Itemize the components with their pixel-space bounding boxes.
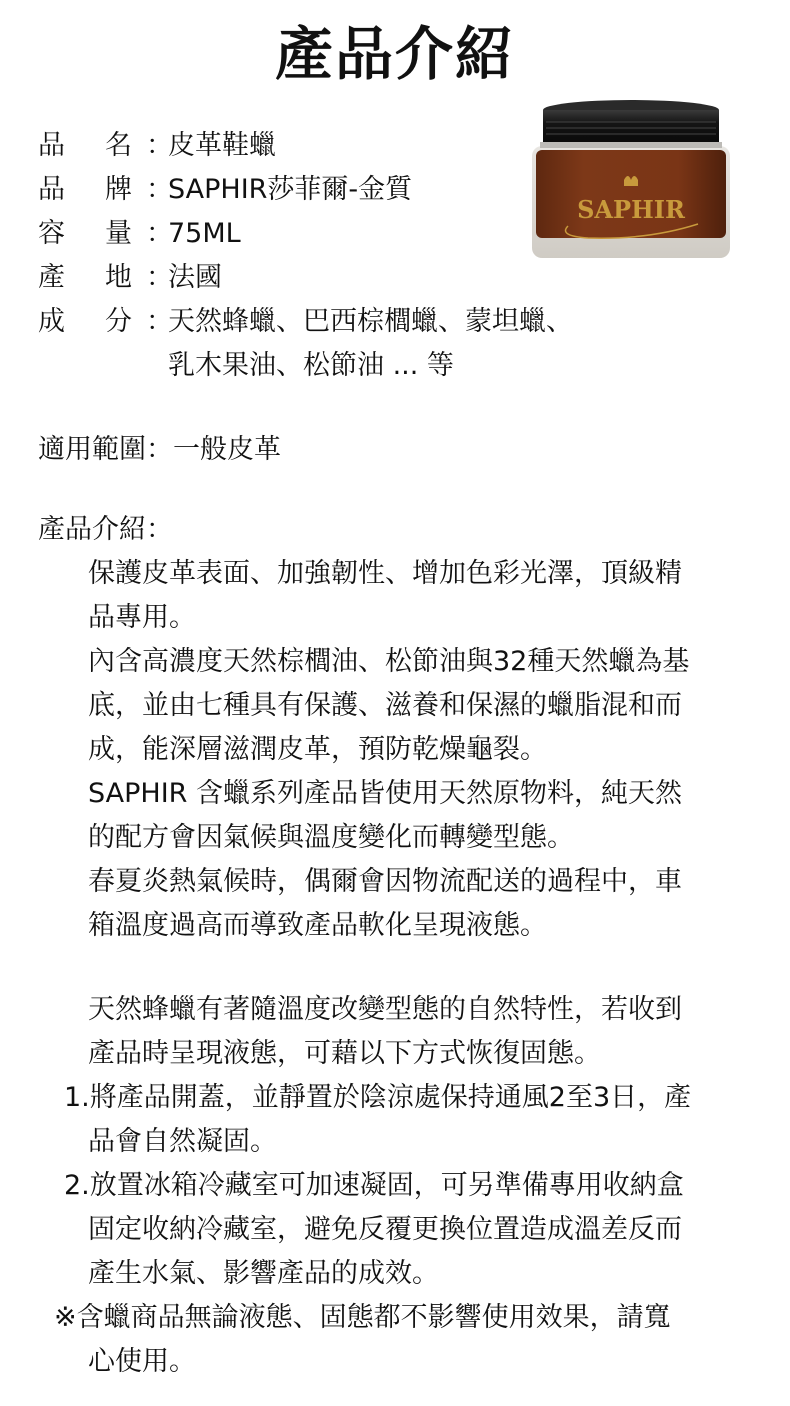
text-line: SAPHIR 含蠟系列產品皆使用天然原物料，純天然: [88, 772, 778, 816]
intro-paragraph: SAPHIR 含蠟系列產品皆使用天然原物料，純天然 的配方會因氣候與溫度變化而轉…: [88, 772, 778, 860]
spec-label: 牌: [105, 168, 132, 212]
spec-row-origin: 產 地 ： 法國: [0, 256, 520, 300]
text-line: 內含高濃度天然棕櫚油、松節油與32種天然蠟為基: [88, 640, 778, 684]
spec-row-ingredients: 成 分 ： 天然蜂蠟、巴西棕櫚蠟、蒙坦蠟、: [0, 300, 520, 344]
product-image: SAPHIR: [528, 98, 734, 262]
text-line: 產生水氣、影響產品的成效。: [88, 1252, 439, 1296]
spec-value: SAPHIR莎菲爾-金質: [168, 168, 412, 212]
text-line: 心使用。: [88, 1340, 196, 1384]
wax-jar-icon: SAPHIR: [528, 98, 734, 262]
text-line: 品會自然凝固。: [88, 1120, 277, 1164]
spec-label: 品: [38, 124, 65, 168]
text-line: 固定收納冷藏室，避免反覆更換位置造成溫差反而: [88, 1208, 682, 1252]
spec-label: 成: [38, 300, 65, 344]
spec-label: 名: [105, 124, 132, 168]
spec-row-name: 品 名 ： 皮革鞋蠟: [0, 124, 520, 168]
spec-value: 法國: [168, 256, 222, 300]
brand-label: SAPHIR: [577, 195, 686, 224]
spec-label: 產: [38, 256, 65, 300]
text-line: 春夏炎熱氣候時，偶爾會因物流配送的過程中，車: [88, 860, 778, 904]
spec-label: 地: [105, 256, 132, 300]
intro-paragraph: 保護皮革表面、加強韌性、增加色彩光澤，頂級精 品專用。: [88, 552, 778, 640]
text-line: 底，並由七種具有保護、滋養和保濕的蠟脂混和而: [88, 684, 778, 728]
spec-label: 量: [105, 212, 132, 256]
notice-intro: 天然蜂蠟有著隨溫度改變型態的自然特性，若收到 產品時呈現液態，可藉以下方式恢復固…: [88, 988, 778, 1076]
scope-label: 適用範圍：: [38, 434, 173, 465]
spec-value: 乳木果油、松節油 ... 等: [168, 344, 454, 388]
scope-value: 一般皮革: [173, 434, 281, 465]
text-line: ※含蠟商品無論液態、固態都不影響使用效果，請寬: [54, 1296, 671, 1340]
spec-value: 天然蜂蠟、巴西棕櫚蠟、蒙坦蠟、: [168, 300, 573, 344]
text-line: 1.將產品開蓋，並靜置於陰涼處保持通風2至3日，產: [64, 1076, 691, 1120]
spec-table: 品 名 ： 皮革鞋蠟 品 牌 ： SAPHIR莎菲爾-金質 容 量 ： 75ML…: [0, 124, 520, 388]
text-line: 的配方會因氣候與溫度變化而轉變型態。: [88, 816, 778, 860]
intro-paragraph: 內含高濃度天然棕櫚油、松節油與32種天然蠟為基 底，並由七種具有保護、滋養和保濕…: [88, 640, 778, 772]
text-line: 品專用。: [88, 596, 778, 640]
intro-paragraph: 春夏炎熱氣候時，偶爾會因物流配送的過程中，車 箱溫度過高而導致產品軟化呈現液態。: [88, 860, 778, 948]
spec-label: 分: [105, 300, 132, 344]
text-line: 2.放置冰箱冷藏室可加速凝固，可另準備專用收納盒: [64, 1164, 684, 1208]
text-line: 成，能深層滋潤皮革，預防乾燥龜裂。: [88, 728, 778, 772]
text-line: 天然蜂蠟有著隨溫度改變型態的自然特性，若收到: [88, 988, 778, 1032]
text-line: 保護皮革表面、加強韌性、增加色彩光澤，頂級精: [88, 552, 778, 596]
spec-label: 容: [38, 212, 65, 256]
scope-row: 適用範圍：一般皮革: [38, 428, 281, 472]
spec-value: 皮革鞋蠟: [168, 124, 276, 168]
text-line: 產品時呈現液態，可藉以下方式恢復固態。: [88, 1032, 778, 1076]
spec-value: 75ML: [168, 212, 241, 256]
intro-heading: 產品介紹：: [38, 508, 173, 552]
text-line: 箱溫度過高而導致產品軟化呈現液態。: [88, 904, 778, 948]
spec-row-volume: 容 量 ： 75ML: [0, 212, 520, 256]
page-title: 產品介紹: [0, 14, 790, 94]
spec-row-brand: 品 牌 ： SAPHIR莎菲爾-金質: [0, 168, 520, 212]
spec-row-ingredients-cont: 乳木果油、松節油 ... 等: [0, 344, 520, 388]
spec-label: 品: [38, 168, 65, 212]
